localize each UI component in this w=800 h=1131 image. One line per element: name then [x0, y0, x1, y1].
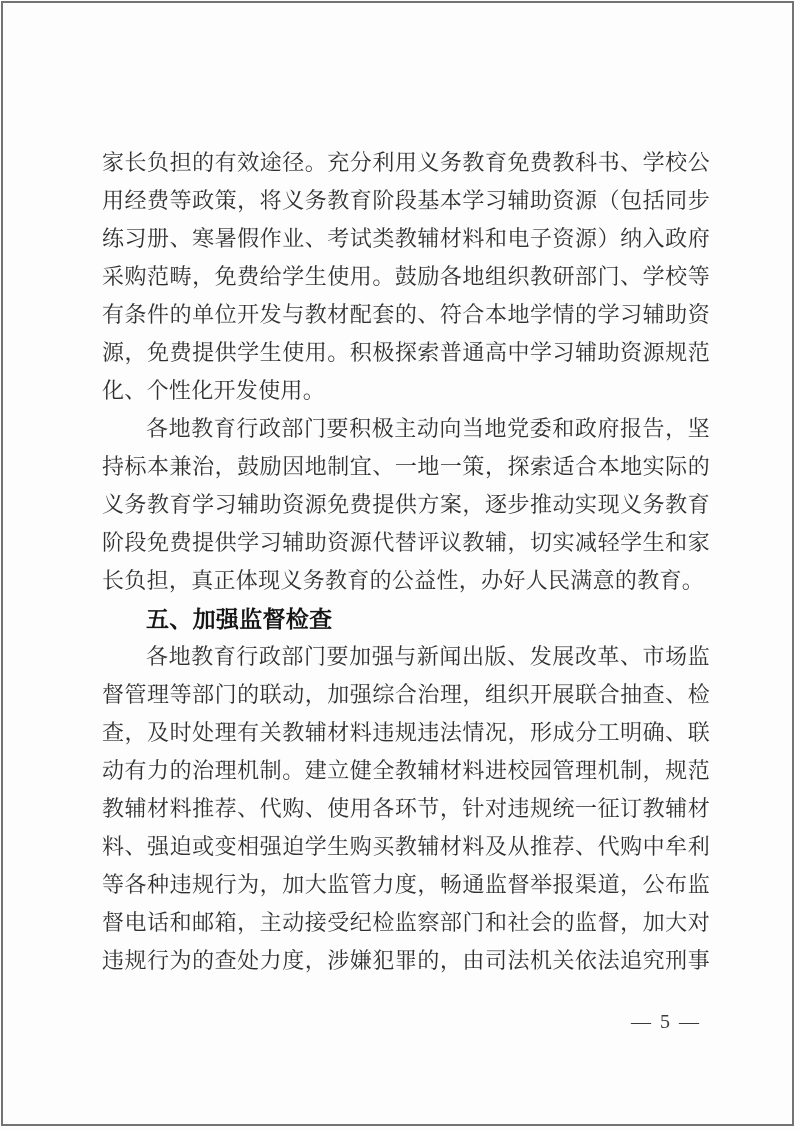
text-line: 教辅材料推荐、代购、使用各环节，针对违规统一征订教辅材 [102, 790, 710, 828]
text-line: 持标本兼治，鼓励因地制宜、一地一策，探索适合本地实际的 [102, 448, 710, 486]
text-line: 各地教育行政部门要加强与新闻出版、发展改革、市场监 [102, 638, 710, 676]
text-line: 源，免费提供学生使用。积极探索普通高中学习辅助资源规范 [102, 334, 710, 372]
text-line: 采购范畴，免费给学生使用。鼓励各地组织教研部门、学校等 [102, 258, 710, 296]
text-line: 练习册、寒暑假作业、考试类教辅材料和电子资源）纳入政府 [102, 220, 710, 258]
text-line: 督电话和邮箱，主动接受纪检监察部门和社会的监督，加大对 [102, 904, 710, 942]
page-number: — 5 — [596, 1006, 736, 1038]
text-line: 违规行为的查处力度，涉嫌犯罪的，由司法机关依法追究刑事 [102, 942, 710, 980]
text-line: 料、强迫或变相强迫学生购买教辅材料及从推荐、代购中牟利 [102, 828, 710, 866]
text-line: 等各种违规行为，加大监管力度，畅通监督举报渠道，公布监 [102, 866, 710, 904]
text-line: 查，及时处理有关教辅材料违规违法情况，形成分工明确、联 [102, 714, 710, 752]
text-line: 义务教育学习辅助资源免费提供方案，逐步推动实现义务教育 [102, 486, 710, 524]
document-page: 家长负担的有效途径。充分利用义务教育免费教科书、学校公用经费等政策，将义务教育阶… [0, 0, 800, 1131]
text-line: 有条件的单位开发与教材配套的、符合本地学情的学习辅助资 [102, 296, 710, 334]
text-line: 五、加强监督检查 [102, 600, 710, 638]
text-line: 阶段免费提供学习辅助资源代替评议教辅，切实减轻学生和家 [102, 524, 710, 562]
text-line: 用经费等政策，将义务教育阶段基本学习辅助资源（包括同步 [102, 182, 710, 220]
text-line: 长负担，真正体现义务教育的公益性，办好人民满意的教育。 [102, 562, 710, 600]
text-line: 化、个性化开发使用。 [102, 372, 710, 410]
document-text-block: 家长负担的有效途径。充分利用义务教育免费教科书、学校公用经费等政策，将义务教育阶… [102, 144, 710, 980]
text-line: 家长负担的有效途径。充分利用义务教育免费教科书、学校公 [102, 144, 710, 182]
text-line: 督管理等部门的联动，加强综合治理，组织开展联合抽查、检 [102, 676, 710, 714]
text-line: 各地教育行政部门要积极主动向当地党委和政府报告，坚 [102, 410, 710, 448]
text-line: 动有力的治理机制。建立健全教辅材料进校园管理机制，规范 [102, 752, 710, 790]
